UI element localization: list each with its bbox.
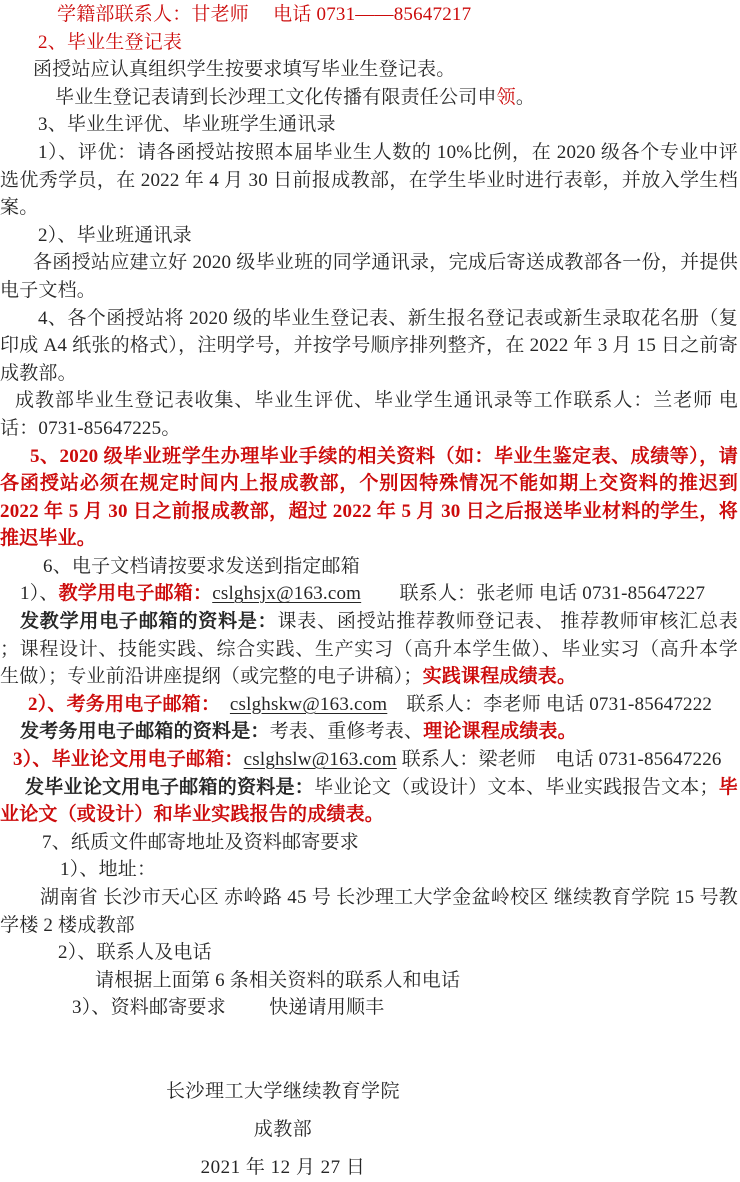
text-run: 毕业生登记表请到长沙理工文化传播有限责任公司申	[55, 87, 497, 108]
text-run: 发教学用电子邮箱的资料是：	[20, 611, 277, 632]
text-run: 1）、评优：请各函授站按照本届毕业生人数的 10%比例，在 2020 级各个专业…	[0, 142, 738, 218]
text-run: 湖南省 长沙市天心区 赤岭路 45 号 长沙理工大学金盆岭校区 继续教育学院 1…	[0, 887, 738, 936]
text-run: 2）、毕业班通讯录	[38, 225, 192, 246]
text-run: 发毕业论文用电子邮箱的资料是：	[25, 777, 314, 798]
text-run: 实践课程成绩表。	[423, 666, 577, 687]
text-run: 学籍部联系人：甘老师 电话 0731——85647217	[57, 4, 471, 25]
paragraph: 2）、联系人及电话	[0, 939, 738, 967]
paragraph: 1）、地址：	[0, 856, 738, 884]
text-run: 3）、毕业论文用电子邮箱：	[13, 749, 244, 770]
text-run: 6、电子文档请按要求发送到指定邮箱	[43, 556, 360, 577]
paragraph: 发毕业论文用电子邮箱的资料是：毕业论文（或设计）文本、毕业实践报告文本；毕业论文…	[0, 774, 738, 829]
paragraph: 请根据上面第 6 条相关资料的联系人和电话	[0, 967, 738, 995]
text-run: 3、毕业生评优、毕业班学生通讯录	[38, 114, 336, 135]
paragraph: 发考务用电子邮箱的资料是：考表、重修考表、理论课程成绩表。	[0, 718, 738, 746]
text-run: 教学用电子邮箱：	[59, 583, 213, 604]
signature-block: 长沙理工大学继续教育学院 成教部 2021 年 12 月 27 日	[0, 1073, 566, 1182]
text-run: 各函授站应建立好 2020 级毕业班的同学通讯录，完成后寄送成教部各一份，并提供…	[0, 252, 738, 301]
paragraph: 成教部毕业生登记表收集、毕业生评优、毕业学生通讯录等工作联系人：兰老师 电话：0…	[0, 387, 738, 442]
paragraph: 4、各个函授站将 2020 级的毕业生登记表、新生报名登记表或新生录取花名册（复…	[0, 305, 738, 388]
signature-date: 2021 年 12 月 27 日	[0, 1149, 566, 1182]
paragraph: 5、2020 级毕业班学生办理毕业手续的相关资料（如：毕业生鉴定表、成绩等），请…	[0, 443, 738, 553]
text-run	[211, 694, 230, 715]
text-run: 4、各个函授站将 2020 级的毕业生登记表、新生报名登记表或新生录取花名册（复…	[0, 308, 738, 384]
paragraph: 7、纸质文件邮寄地址及资料邮寄要求	[0, 829, 738, 857]
document-body: 学籍部联系人：甘老师 电话 0731——856472172、毕业生登记表函授站应…	[0, 1, 740, 1022]
paragraph: 1）、评优：请各函授站按照本届毕业生人数的 10%比例，在 2020 级各个专业…	[0, 139, 738, 222]
signature-organization: 长沙理工大学继续教育学院	[0, 1073, 566, 1111]
text-run: 1）、地址：	[60, 859, 156, 880]
text-run: 联系人：李老师 电话 0731-85647222	[387, 694, 712, 715]
text-run: 1）、	[20, 583, 59, 604]
paragraph: 6、电子文档请按要求发送到指定邮箱	[0, 553, 738, 581]
paragraph: 3、毕业生评优、毕业班学生通讯录	[0, 111, 738, 139]
paragraph: 毕业生登记表请到长沙理工文化传播有限责任公司申领。	[0, 84, 738, 112]
paragraph: 1）、教学用电子邮箱：cslghsjx@163.com 联系人：张老师 电话 0…	[0, 580, 738, 608]
text-run: 2、毕业生登记表	[38, 32, 182, 53]
paragraph: 函授站应认真组织学生按要求填写毕业生登记表。	[0, 56, 738, 84]
signature-department: 成教部	[0, 1111, 566, 1149]
text-run: 考表、重修考表、	[270, 721, 424, 742]
text-run: 7、纸质文件邮寄地址及资料邮寄要求	[42, 832, 359, 853]
paragraph: 各函授站应建立好 2020 级毕业班的同学通讯录，完成后寄送成教部各一份，并提供…	[0, 249, 738, 304]
text-run: 理论课程成绩表。	[423, 721, 577, 742]
text-run: 发考务用电子邮箱的资料是：	[20, 721, 270, 742]
text-run: 5、2020 级毕业班学生办理毕业手续的相关资料（如：毕业生鉴定表、成绩等），请…	[0, 446, 738, 550]
text-run: 函授站应认真组织学生按要求填写毕业生登记表。	[33, 59, 455, 80]
text-run: 成教部毕业生登记表收集、毕业生评优、毕业学生通讯录等工作联系人：兰老师 电话：0…	[0, 390, 738, 439]
paragraph: 发教学用电子邮箱的资料是：课表、函授站推荐教师登记表、 推荐教师审核汇总表 ；课…	[0, 608, 738, 691]
text-run: 2）、联系人及电话	[58, 942, 212, 963]
paragraph: 2）、毕业班通讯录	[0, 222, 738, 250]
email-address: cslghsjx@163.com	[212, 583, 361, 604]
paragraph: 湖南省 长沙市天心区 赤岭路 45 号 长沙理工大学金盆岭校区 继续教育学院 1…	[0, 884, 738, 939]
paragraph: 2、毕业生登记表	[0, 29, 738, 57]
text-run: 。	[516, 87, 535, 108]
text-run: 联系人：张老师 电话 0731-85647227	[361, 583, 705, 604]
paragraph: 3）、毕业论文用电子邮箱：cslghslw@163.com 联系人：梁老师 电话…	[0, 746, 738, 774]
text-run: 领	[497, 87, 516, 108]
text-run: 联系人：梁老师 电话 0731-85647226	[397, 749, 722, 770]
email-address: cslghslw@163.com	[244, 749, 397, 770]
text-run: 请根据上面第 6 条相关资料的联系人和电话	[95, 970, 460, 991]
text-run: 2）、考务用电子邮箱：	[28, 694, 211, 715]
paragraph: 2）、考务用电子邮箱： cslghskw@163.com 联系人：李老师 电话 …	[0, 691, 738, 719]
paragraph: 3）、资料邮寄要求 快递请用顺丰	[0, 994, 738, 1022]
text-run: 3）、资料邮寄要求 快递请用顺丰	[72, 997, 384, 1018]
text-run: 毕业论文（或设计）文本、毕业实践报告文本；	[314, 777, 719, 798]
email-address: cslghskw@163.com	[230, 694, 387, 715]
paragraph: 学籍部联系人：甘老师 电话 0731——85647217	[0, 1, 738, 29]
